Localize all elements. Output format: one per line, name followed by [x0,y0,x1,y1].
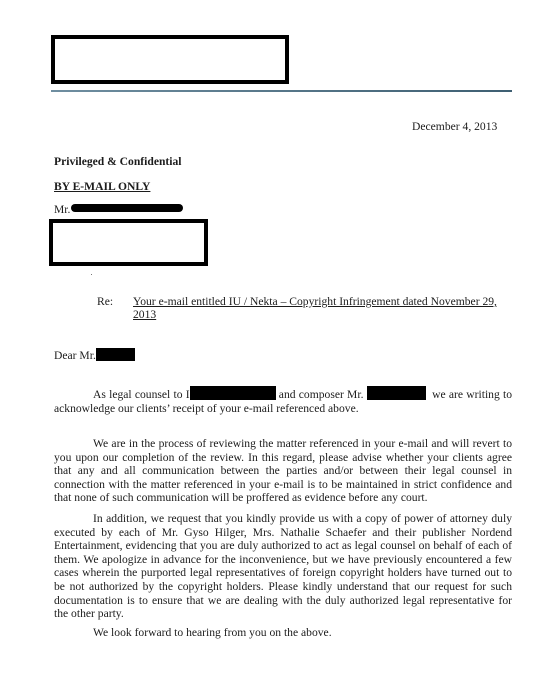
recipient-prefix: Mr. [54,203,70,216]
salutation: Dear Mr. [54,348,135,362]
composer-name-redaction [367,386,426,400]
recipient-address-redaction-box [49,219,208,266]
recipient-name-redaction [71,204,183,212]
salutation-text: Dear Mr. [54,349,96,362]
letter-date: December 4, 2013 [412,120,497,133]
client-name-redaction [190,386,276,400]
re-subject: Your e-mail entitled IU / Nekta – Copyri… [133,295,513,321]
header-rule [51,90,512,92]
letterhead-redaction-box [51,35,289,84]
paragraph-1: As legal counsel to I and composer Mr. w… [54,386,512,415]
closing-line: We look forward to hearing from you on t… [93,626,332,639]
salutation-name-redaction [96,348,135,361]
delivery-method: BY E-MAIL ONLY [54,180,150,193]
paragraph-2: We are in the process of reviewing the m… [54,437,512,505]
paragraph-3: In addition, we request that you kindly … [54,512,512,621]
recipient-name: Mr. [54,203,183,216]
scan-speck [91,274,92,275]
privileged-heading: Privileged & Confidential [54,155,182,168]
re-label: Re: [97,295,113,308]
